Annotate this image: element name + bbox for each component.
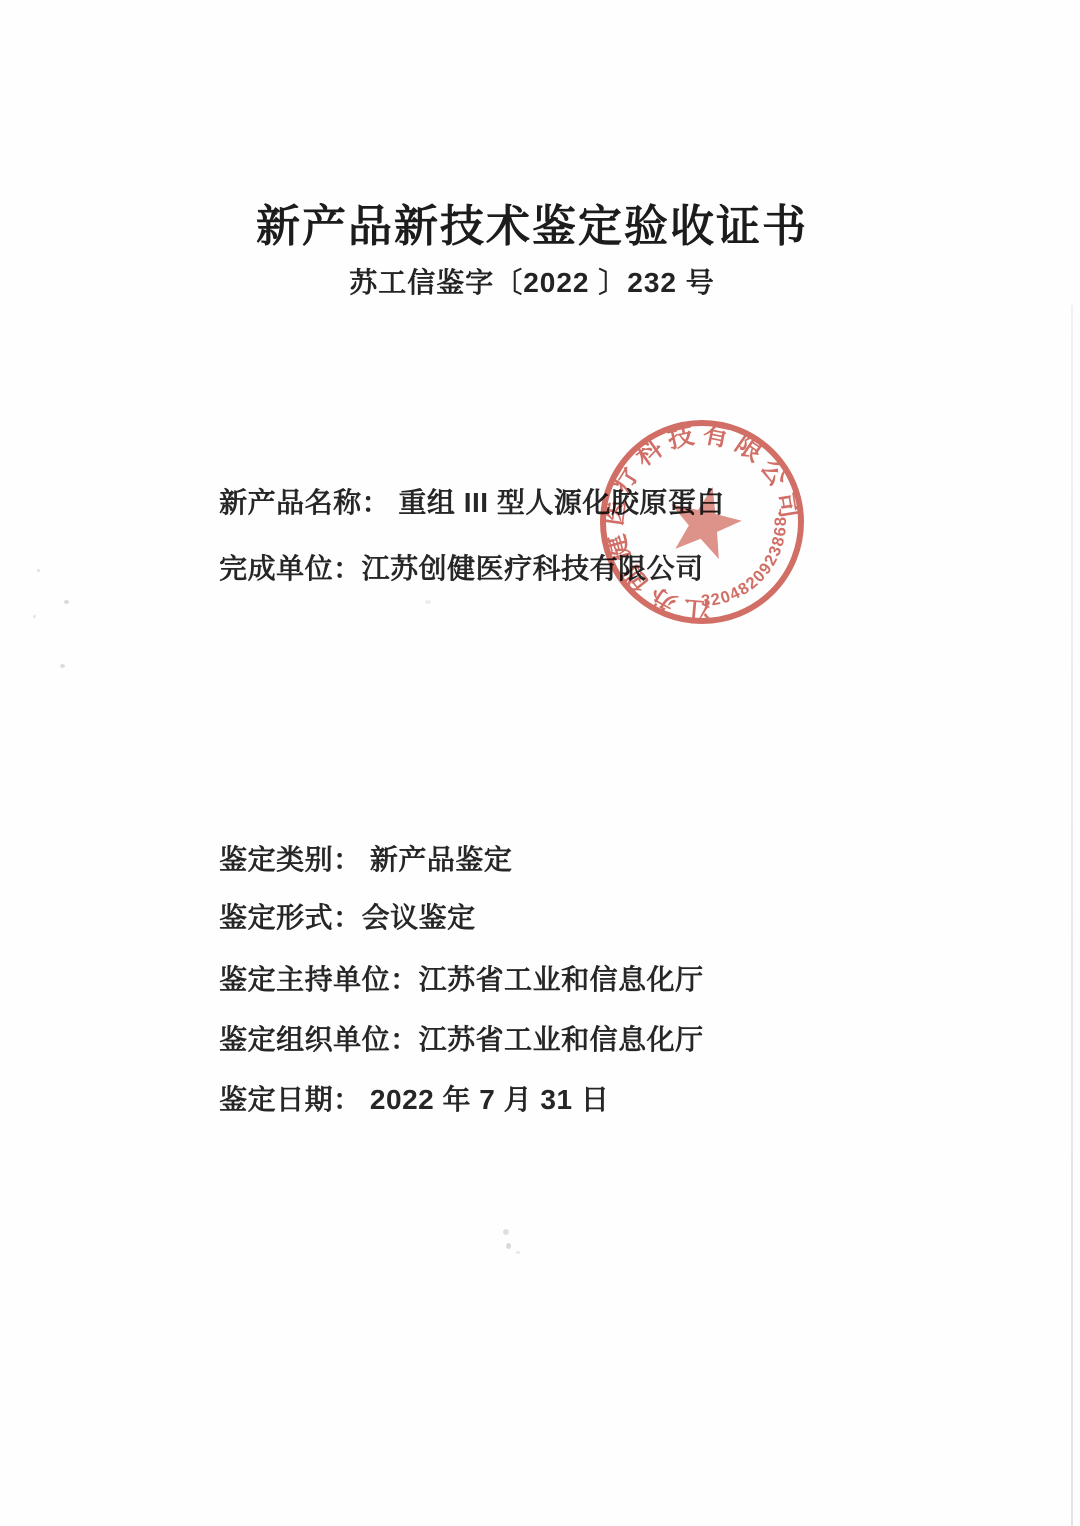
certificate-title: 新产品新技术鉴定验收证书 [0,190,1064,254]
field-label-appraisal-date: 鉴定日期： [219,1084,362,1115]
field-value-appraisal-date: 2022 年 7 月 31 日 [362,1084,610,1115]
seal-star-icon [662,479,748,562]
document-number: 苏工信鉴字〔2022 〕232 号 [0,261,1064,301]
field-row-appraisal-date: 鉴定日期： 2022 年 7 月 31 日 [186,1046,609,1150]
field-label-product-name: 新产品名称： [219,487,390,518]
scan-speck [516,1251,520,1254]
scan-speck [33,615,36,618]
scan-edge-line [1071,305,1073,1526]
field-label-completing-unit: 完成单位： [219,553,362,584]
company-seal: 江苏创健医疗科技有限公司 3204820923868 [572,392,832,652]
scan-speck [60,664,65,668]
scan-speck [506,1243,511,1249]
scan-speck [503,1229,509,1235]
scan-speck [37,569,40,572]
certificate-page: 新产品新技术鉴定验收证书 苏工信鉴字〔2022 〕232 号 新产品名称： 重组… [0,0,1080,1526]
scan-speck [64,600,69,604]
